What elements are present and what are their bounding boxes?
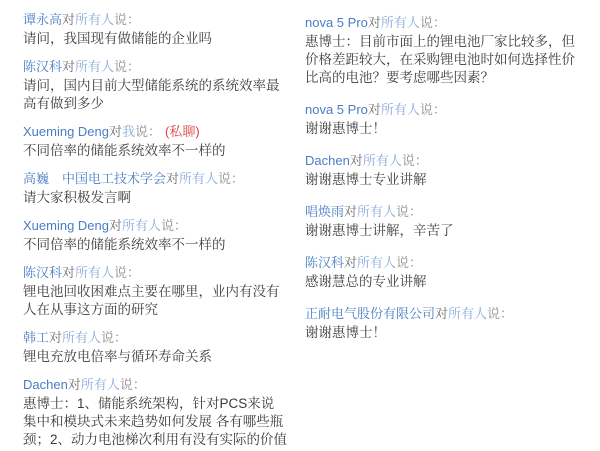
- says-label: 说：: [218, 171, 244, 186]
- chat-message: 正耐电气股份有限公司对所有人说： 谢谢惠博士！: [305, 304, 587, 342]
- message-text: 谢谢惠博士！: [305, 120, 587, 138]
- sender-name[interactable]: 高巍 中国电工技术学会: [23, 171, 166, 186]
- message-text: 惠博士：1、储能系统架构，针对PCS来说 集中和模块式未来趋势如何发展 各有哪些…: [23, 395, 291, 449]
- to-label: 对: [62, 265, 75, 280]
- chat-message: 陈汉科对所有人说： 请问，国内目前大型储能系统的系统效率最高有做到多少: [23, 57, 291, 113]
- to-label: 对: [68, 377, 81, 392]
- chat-message: Xueming Deng对所有人说： 不同倍率的储能系统效率不一样的: [23, 216, 291, 254]
- recipient-name: 所有人: [75, 265, 114, 280]
- private-badge: (私聊): [165, 124, 200, 139]
- says-label: 说：: [420, 15, 446, 30]
- message-header: 谭永高对所有人说：: [23, 10, 291, 30]
- message-text: 请问，我国现有做储能的企业吗: [23, 30, 291, 48]
- message-header: Dachen对所有人说：: [305, 151, 587, 171]
- recipient-name: 所有人: [81, 377, 120, 392]
- says-label: 说：: [487, 306, 513, 321]
- message-text: 不同倍率的储能系统效率不一样的: [23, 142, 291, 160]
- recipient-name: 所有人: [75, 12, 114, 27]
- message-header: 韩工对所有人说：: [23, 328, 291, 348]
- to-label: 对: [344, 204, 357, 219]
- chat-message: 陈汉科对所有人说： 锂电池回收困难点主要在哪里，业内有没有人在从事这方面的研究: [23, 263, 291, 319]
- says-label: 说：: [114, 12, 140, 27]
- to-label: 对: [435, 306, 448, 321]
- message-text: 锂电池回收困难点主要在哪里，业内有没有人在从事这方面的研究: [23, 283, 291, 319]
- chat-message: Dachen对所有人说： 惠博士：1、储能系统架构，针对PCS来说 集中和模块式…: [23, 375, 291, 449]
- message-text: 谢谢惠博士！: [305, 324, 587, 342]
- recipient-name: 所有人: [357, 204, 396, 219]
- chat-column-right: nova 5 Pro对所有人说： 惠博士：目前市面上的锂电池厂家比较多，但价格差…: [305, 10, 587, 451]
- recipient-name: 所有人: [363, 153, 402, 168]
- message-header: 陈汉科对所有人说：: [305, 253, 587, 273]
- says-label: 说：: [101, 330, 127, 345]
- message-text: 请大家积极发言啊: [23, 189, 291, 207]
- message-header: Xueming Deng对我说：(私聊): [23, 122, 291, 142]
- message-text: 谢谢惠博士专业讲解: [305, 171, 587, 189]
- sender-name[interactable]: 谭永高: [23, 12, 62, 27]
- message-header: Dachen对所有人说：: [23, 375, 291, 395]
- to-label: 对: [368, 102, 381, 117]
- to-label: 对: [368, 15, 381, 30]
- says-label: 说：: [114, 59, 140, 74]
- sender-name[interactable]: Xueming Deng: [23, 124, 109, 139]
- message-header: 唱焕雨对所有人说：: [305, 202, 587, 222]
- says-label: 说：: [114, 265, 140, 280]
- says-label: 说：: [396, 204, 422, 219]
- chat-message: Xueming Deng对我说：(私聊) 不同倍率的储能系统效率不一样的: [23, 122, 291, 160]
- sender-name[interactable]: 韩工: [23, 330, 49, 345]
- chat-message: nova 5 Pro对所有人说： 惠博士：目前市面上的锂电池厂家比较多，但价格差…: [305, 13, 587, 87]
- sender-name[interactable]: Dachen: [305, 153, 350, 168]
- recipient-name: 所有人: [448, 306, 487, 321]
- chat-message: 高巍 中国电工技术学会对所有人说： 请大家积极发言啊: [23, 169, 291, 207]
- message-header: 陈汉科对所有人说：: [23, 57, 291, 77]
- message-header: 正耐电气股份有限公司对所有人说：: [305, 304, 587, 324]
- message-header: nova 5 Pro对所有人说：: [305, 13, 587, 33]
- says-label: 说：: [135, 124, 161, 139]
- chat-message: Dachen对所有人说： 谢谢惠博士专业讲解: [305, 151, 587, 189]
- to-label: 对: [109, 124, 122, 139]
- recipient-name: 所有人: [357, 255, 396, 270]
- message-header: 陈汉科对所有人说：: [23, 263, 291, 283]
- chat-message: 韩工对所有人说： 锂电充放电倍率与循环寿命关系: [23, 328, 291, 366]
- message-text: 谢谢惠博士讲解，辛苦了: [305, 222, 587, 240]
- recipient-name: 所有人: [179, 171, 218, 186]
- sender-name[interactable]: Xueming Deng: [23, 218, 109, 233]
- says-label: 说：: [402, 153, 428, 168]
- message-text: 不同倍率的储能系统效率不一样的: [23, 236, 291, 254]
- to-label: 对: [109, 218, 122, 233]
- to-label: 对: [344, 255, 357, 270]
- message-header: Xueming Deng对所有人说：: [23, 216, 291, 236]
- to-label: 对: [166, 171, 179, 186]
- to-label: 对: [62, 12, 75, 27]
- says-label: 说：: [120, 377, 146, 392]
- chat-log[interactable]: 谭永高对所有人说： 请问，我国现有做储能的企业吗 陈汉科对所有人说： 请问，国内…: [0, 0, 600, 451]
- chat-message: nova 5 Pro对所有人说： 谢谢惠博士！: [305, 100, 587, 138]
- recipient-name: 所有人: [381, 102, 420, 117]
- says-label: 说：: [420, 102, 446, 117]
- sender-name[interactable]: Dachen: [23, 377, 68, 392]
- message-header: 高巍 中国电工技术学会对所有人说：: [23, 169, 291, 189]
- sender-name[interactable]: 陈汉科: [305, 255, 344, 270]
- recipient-name: 所有人: [62, 330, 101, 345]
- message-text: 感谢慧总的专业讲解: [305, 273, 587, 291]
- recipient-name: 我: [122, 124, 135, 139]
- to-label: 对: [62, 59, 75, 74]
- recipient-name: 所有人: [75, 59, 114, 74]
- chat-column-left: 谭永高对所有人说： 请问，我国现有做储能的企业吗 陈汉科对所有人说： 请问，国内…: [23, 10, 291, 451]
- chat-message: 陈汉科对所有人说： 感谢慧总的专业讲解: [305, 253, 587, 291]
- message-text: 锂电充放电倍率与循环寿命关系: [23, 348, 291, 366]
- message-text: 请问，国内目前大型储能系统的系统效率最高有做到多少: [23, 77, 291, 113]
- chat-message: 唱焕雨对所有人说： 谢谢惠博士讲解，辛苦了: [305, 202, 587, 240]
- to-label: 对: [49, 330, 62, 345]
- message-text: 惠博士：目前市面上的锂电池厂家比较多，但价格差距较大，在采购锂电池时如何选择性价…: [305, 33, 587, 87]
- to-label: 对: [350, 153, 363, 168]
- says-label: 说：: [161, 218, 187, 233]
- message-header: nova 5 Pro对所有人说：: [305, 100, 587, 120]
- sender-name[interactable]: 陈汉科: [23, 265, 62, 280]
- says-label: 说：: [396, 255, 422, 270]
- recipient-name: 所有人: [381, 15, 420, 30]
- sender-name[interactable]: nova 5 Pro: [305, 15, 368, 30]
- sender-name[interactable]: 正耐电气股份有限公司: [305, 306, 435, 321]
- sender-name[interactable]: 陈汉科: [23, 59, 62, 74]
- chat-message: 谭永高对所有人说： 请问，我国现有做储能的企业吗: [23, 10, 291, 48]
- recipient-name: 所有人: [122, 218, 161, 233]
- sender-name[interactable]: 唱焕雨: [305, 204, 344, 219]
- sender-name[interactable]: nova 5 Pro: [305, 102, 368, 117]
